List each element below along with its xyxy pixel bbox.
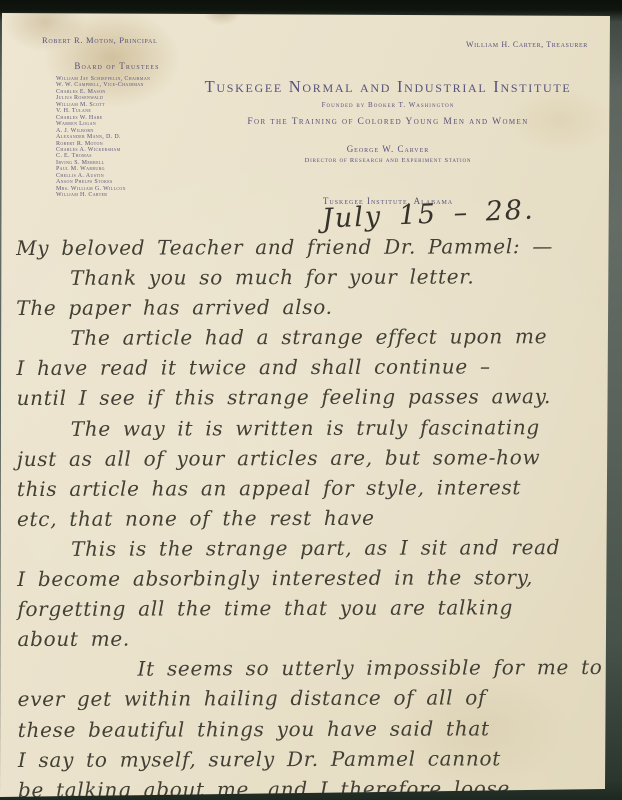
handwritten-line: be talking about me. and I therefore loo… [18,773,600,800]
handwritten-line: forgetting all the time that you are tal… [17,592,599,624]
trustee-name: W. W. Campbell, Vice-Chairman [56,82,150,88]
handwritten-line: The article had a strange effect upon me [16,321,598,353]
institute-name: Tuskegee Normal and Industrial Institute [168,77,608,97]
trustee-name: William H. Carter [56,192,150,198]
director-name: George W. Carver [168,144,608,154]
founded-line: Founded by Booker T. Washington [168,101,608,109]
board-of-trustees-title: Board of Trustees [50,61,184,71]
handwritten-line: My beloved Teacher and friend Dr. Pammel… [16,231,598,263]
handwritten-line: just as all of your articles are, but so… [17,442,599,474]
mission-line: For the Training of Colored Young Men an… [168,117,608,127]
handwritten-body: My beloved Teacher and friend Dr. Pammel… [16,231,600,800]
principal-line: Robert R. Moton, Principal [42,35,157,45]
handwritten-line: about me. [17,622,599,654]
treasurer-line: William H. Carter, Treasurer [466,40,588,49]
handwritten-line: until I see if this strange feeling pass… [17,381,599,413]
handwritten-line: these beautiful things you have said tha… [18,712,600,744]
letterhead-center-block: Tuskegee Normal and Industrial Institute… [168,77,608,164]
director-title: Director of Research and Experiment Stat… [168,157,608,164]
handwritten-line: ever get within hailing distance of all … [18,682,600,714]
handwritten-line: Thank you so much for your letter. [16,261,598,293]
letter-paper: Robert R. Moton, Principal William H. Ca… [0,0,622,800]
handwritten-line: The paper has arrived also. [16,291,598,323]
handwritten-line: It seems so utterly impossible for me to [17,652,599,684]
handwritten-line: etc, that none of the rest have [17,502,599,534]
handwritten-line: This is the strange part, as I sit and r… [17,532,599,564]
handwritten-line: I become absorbingly interested in the s… [17,562,599,594]
handwritten-line: this article has an appeal for style, in… [17,472,599,504]
trustees-list: William Jay Schieffelin, ChairmanW. W. C… [56,76,150,199]
handwritten-line: I say to myself, surely Dr. Pammel canno… [18,743,600,775]
handwritten-line: I have read it twice and shall continue … [16,351,598,383]
letter-photo: Robert R. Moton, Principal William H. Ca… [0,0,622,800]
handwritten-line: The way it is written is truly fascinati… [17,412,599,444]
